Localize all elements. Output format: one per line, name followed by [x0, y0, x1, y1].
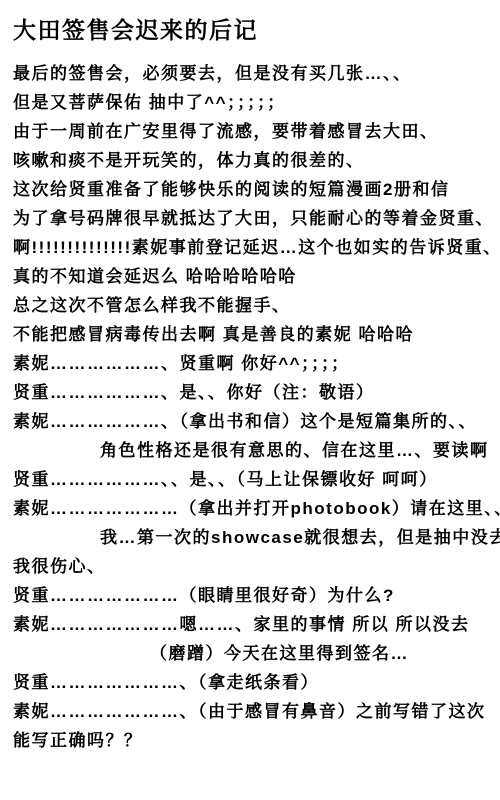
post-page: 大田签售会迟来的后记 最后的签售会，必须要去，但是没有买几张…、、 但是又菩萨保… — [0, 0, 500, 800]
dialog-line-suni: 素妮…………………、（由于感冒有鼻音）之前写错了这次 — [13, 697, 494, 726]
text-line: 最后的签售会，必须要去，但是没有买几张…、、 — [13, 59, 494, 88]
text-line: 咳嗽和痰不是开玩笑的，体力真的很差的、 — [13, 146, 494, 175]
text-line: 总之这次不管怎么样我不能握手、 — [13, 291, 494, 320]
text-line: 能写正确吗？？ — [13, 726, 494, 755]
dialog-line-suni: 素妮…………………（拿出并打开photobook）请在这里、、 — [13, 494, 494, 523]
text-line: 真的不知道会延迟么 哈哈哈哈哈哈 — [13, 262, 494, 291]
text-line: 我很伤心、 — [13, 552, 494, 581]
text-line: 由于一周前在广安里得了流感，要带着感冒去大田、 — [13, 117, 494, 146]
text-line: 不能把感冒病毒传出去啊 真是善良的素妮 哈哈哈 — [13, 320, 494, 349]
dialog-line-suni: 素妮…………………嗯……、家里的事情 所以 所以没去 — [13, 610, 494, 639]
dialog-line-hyunjoong: 贤重………………、是、、你好（注：敬语） — [13, 378, 494, 407]
text-line: 为了拿号码牌很早就抵达了大田，只能耐心的等着金贤重、 — [13, 204, 494, 233]
dialog-line-continuation: 角色性格还是很有意思的、信在这里…、要读啊 — [13, 436, 494, 465]
dialog-line-hyunjoong: 贤重…………………、（拿走纸条看） — [13, 668, 494, 697]
dialog-line-suni: 素妮………………、贤重啊 你好^^；；；； — [13, 349, 494, 378]
text-line: 这次给贤重准备了能够快乐的阅读的短篇漫画2册和信 — [13, 175, 494, 204]
text-line: 啊!!!!!!!!!!!!!!素妮事前登记延迟…这个也如实的告诉贤重、 — [13, 233, 494, 262]
page-title: 大田签售会迟来的后记 — [13, 14, 494, 46]
dialog-line-hyunjoong: 贤重………………、、是、、（马上让保镖收好 呵呵） — [13, 465, 494, 494]
dialog-line-hyunjoong: 贤重…………………（眼睛里很好奇）为什么? — [13, 581, 494, 610]
dialog-line-suni: 素妮………………、（拿出书和信）这个是短篇集所的、、 — [13, 407, 494, 436]
dialog-line-continuation: （磨蹭）今天在这里得到签名… — [13, 639, 494, 668]
dialog-line-continuation: 我…第一次的showcase就很想去，但是抽中没去 — [13, 523, 494, 552]
text-line: 但是又菩萨保佑 抽中了^^；；；；； — [13, 88, 494, 117]
